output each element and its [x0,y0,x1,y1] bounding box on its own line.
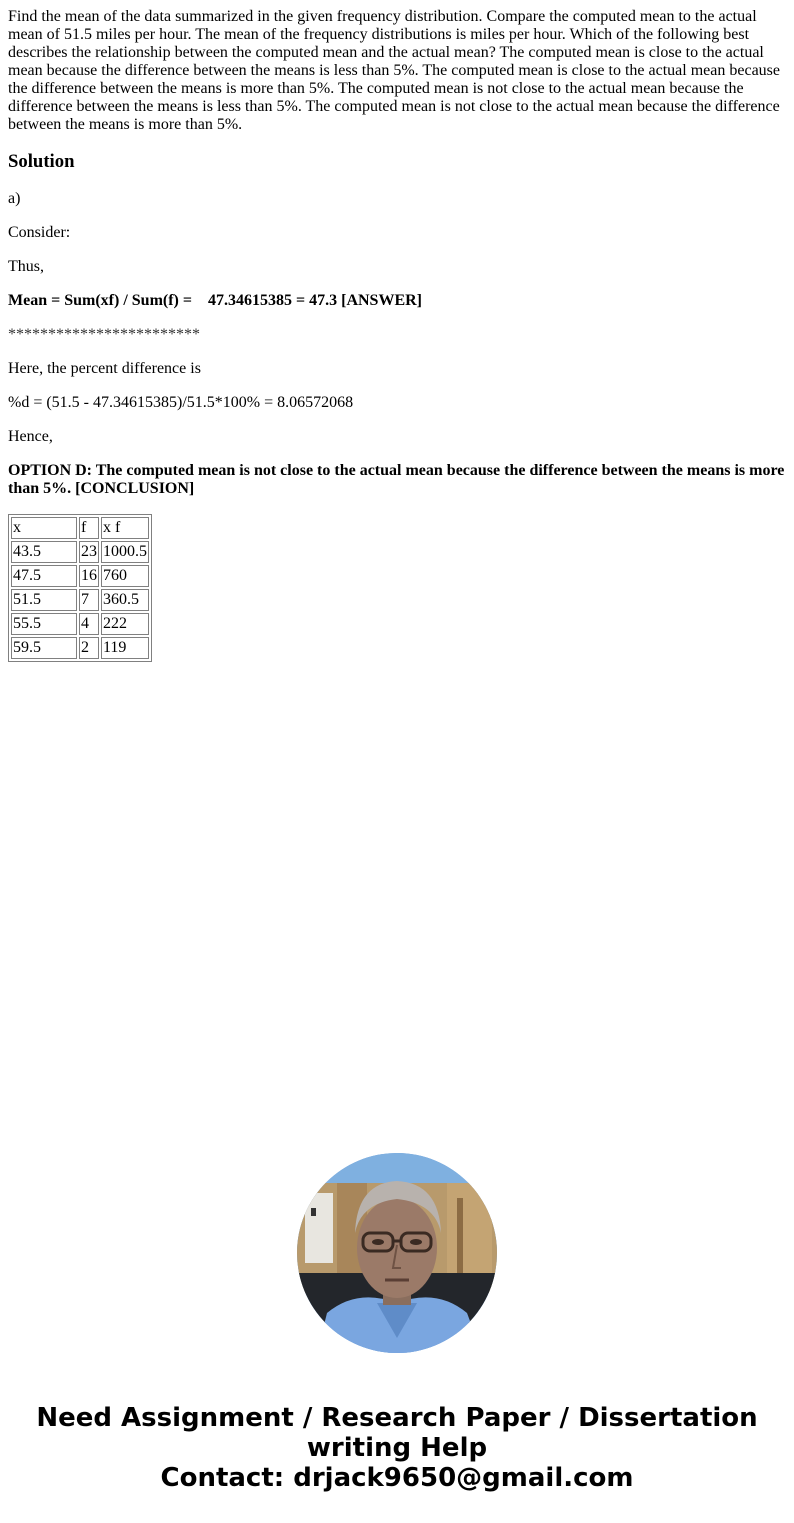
cell-x: 59.5 [11,637,77,659]
table-header-row: x f x f [11,517,149,539]
consider-text: Consider: [8,224,786,242]
separator-stars: ************************ [8,326,786,344]
cell-f: 16 [79,565,99,587]
cell-xf: 119 [101,637,149,659]
header-x: x [11,517,77,539]
hence-text: Hence, [8,428,786,446]
cell-x: 51.5 [11,589,77,611]
cell-x: 55.5 [11,613,77,635]
person-photo-icon [297,1153,497,1353]
footer-line-2: writing Help [0,1433,794,1463]
table-row: 43.5 23 1000.5 [11,541,149,563]
cell-f: 2 [79,637,99,659]
frequency-table: x f x f 43.5 23 1000.5 47.5 16 760 51.5 … [8,514,152,662]
mean-answer: Mean = Sum(xf) / Sum(f) = 47.34615385 = … [8,292,786,310]
mean-answer-text: Mean = Sum(xf) / Sum(f) = 47.34615385 = … [8,292,422,309]
cell-f: 4 [79,613,99,635]
percent-intro: Here, the percent difference is [8,360,786,378]
table-row: 51.5 7 360.5 [11,589,149,611]
cell-xf: 222 [101,613,149,635]
question-text: Find the mean of the data summarized in … [8,8,786,134]
table-row: 59.5 2 119 [11,637,149,659]
header-xf: x f [101,517,149,539]
thus-text: Thus, [8,258,786,276]
document-body: Find the mean of the data summarized in … [0,0,794,662]
header-f: f [79,517,99,539]
table-row: 55.5 4 222 [11,613,149,635]
part-label: a) [8,190,786,208]
solution-heading: Solution [8,151,786,173]
cell-f: 23 [79,541,99,563]
cell-x: 47.5 [11,565,77,587]
conclusion-text: OPTION D: The computed mean is not close… [8,462,786,498]
cell-xf: 1000.5 [101,541,149,563]
table-row: 47.5 16 760 [11,565,149,587]
footer-line-1: Need Assignment / Research Paper / Disse… [0,1403,794,1433]
footer-contact-email: Contact: drjack9650@gmail.com [0,1463,794,1493]
author-avatar [297,1153,497,1353]
cell-f: 7 [79,589,99,611]
percent-formula: %d = (51.5 - 47.34615385)/51.5*100% = 8.… [8,394,786,412]
cell-xf: 760 [101,565,149,587]
contact-footer: Need Assignment / Research Paper / Disse… [0,1403,794,1493]
cell-x: 43.5 [11,541,77,563]
cell-xf: 360.5 [101,589,149,611]
